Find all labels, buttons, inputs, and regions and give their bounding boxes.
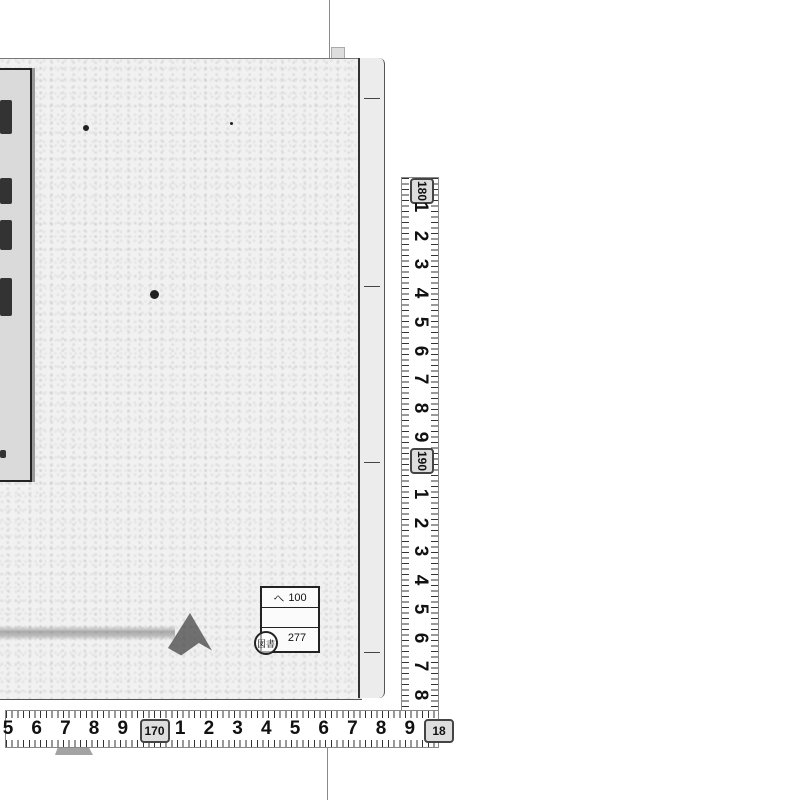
crop-guide-line-top	[329, 0, 330, 58]
ruler-ticks	[402, 178, 409, 713]
ruler-numeral: 4	[411, 571, 429, 589]
crop-guide-line-bottom	[327, 740, 328, 800]
ruler-numeral: 9	[113, 719, 133, 739]
ruler-ticks	[6, 711, 438, 718]
ink-spot	[150, 290, 159, 299]
ink-spot	[83, 125, 89, 131]
binding-stitch	[364, 98, 380, 99]
ruler-numeral: 3	[411, 255, 429, 273]
ruler-ticks	[6, 740, 438, 747]
ruler-badge: 170	[140, 719, 170, 743]
ruler-numeral: 9	[411, 428, 429, 446]
title-character	[0, 100, 12, 134]
binding-stitch	[364, 462, 380, 463]
title-slip	[0, 68, 32, 482]
ruler-numeral: 6	[411, 629, 429, 647]
ruler-numeral: 6	[411, 342, 429, 360]
title-character	[0, 278, 12, 316]
title-character	[0, 450, 6, 458]
book-cover	[0, 58, 383, 698]
ruler-numeral: 7	[55, 719, 75, 739]
call-number-primary: 100	[288, 592, 306, 604]
ruler-numeral: 8	[411, 686, 429, 704]
horizontal-ruler: 5678917012345678918	[5, 710, 439, 748]
ruler-numeral: 2	[411, 514, 429, 532]
ruler-ticks	[431, 178, 438, 713]
ruler-badge: 18	[424, 719, 454, 743]
ruler-numeral: 1	[411, 485, 429, 503]
ruler-numeral: 2	[411, 227, 429, 245]
ruler-numeral: 5	[0, 719, 18, 739]
ruler-numeral: 1	[170, 719, 190, 739]
ruler-numeral: 7	[411, 657, 429, 675]
ruler-numeral: 6	[27, 719, 47, 739]
ruler-numeral: 4	[256, 719, 276, 739]
ruler-numeral: 8	[84, 719, 104, 739]
ruler-numeral: 3	[411, 542, 429, 560]
book-spine	[358, 58, 385, 698]
ruler-numeral: 8	[371, 719, 391, 739]
ruler-numeral: 1	[411, 198, 429, 216]
binding-stitch	[364, 652, 380, 653]
ruler-numeral: 5	[411, 313, 429, 331]
ruler-numeral: 6	[314, 719, 334, 739]
ruler-numeral: 4	[411, 284, 429, 302]
call-number-row-1: ヘ 100	[262, 588, 318, 608]
ink-spot	[230, 122, 233, 125]
ruler-numeral: 9	[400, 719, 420, 739]
ruler-numeral: 5	[411, 600, 429, 618]
stain-streak	[0, 626, 175, 640]
ruler-numeral: 3	[228, 719, 248, 739]
ruler-numeral: 8	[411, 399, 429, 417]
binding-stitch	[364, 286, 380, 287]
library-seal-stamp: 図書	[254, 631, 278, 655]
ruler-numeral: 5	[285, 719, 305, 739]
ruler-badge: 190	[410, 448, 434, 474]
ruler-numeral: 7	[342, 719, 362, 739]
vertical-ruler: 18012345678919012345678	[401, 177, 439, 714]
call-number-row-2	[262, 608, 318, 628]
call-number-secondary: 277	[288, 632, 306, 644]
ruler-numeral: 7	[411, 370, 429, 388]
call-kana: ヘ	[273, 590, 284, 606]
title-character	[0, 220, 12, 250]
ruler-numeral: 2	[199, 719, 219, 739]
seal-text: 図書	[257, 637, 275, 650]
title-character	[0, 178, 12, 204]
